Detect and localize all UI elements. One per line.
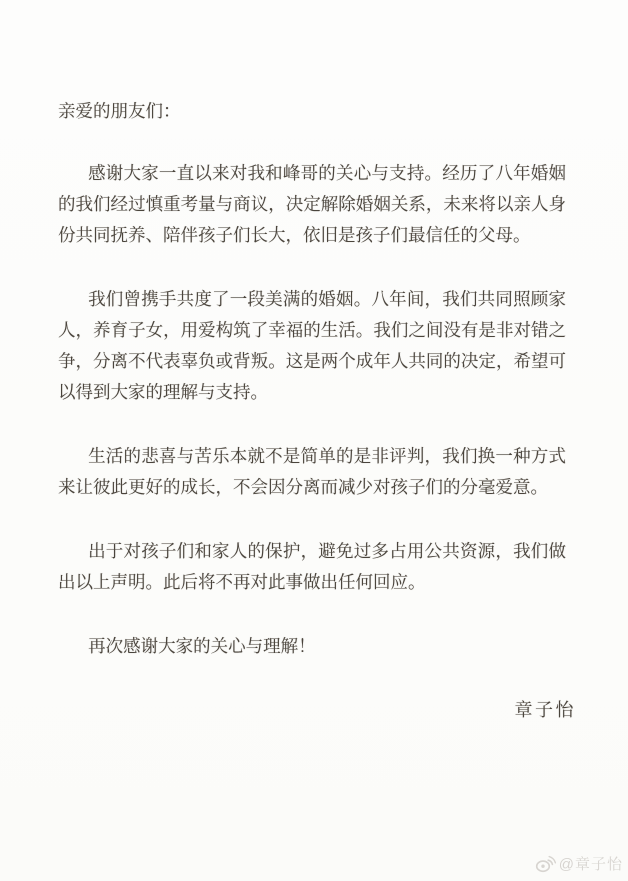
letter-line: 出以上声明。此后将不再对此事做出任何回应。 (58, 567, 566, 598)
letter-line: 争，分离不代表辜负或背叛。这是两个成年人共同的决定，希望可 (58, 346, 566, 377)
letter-line: 再次感谢大家的关心与理解！ (58, 631, 566, 662)
watermark: @章子怡 (535, 853, 623, 874)
signature: 章子怡 (58, 695, 576, 726)
salutation-text: 亲爱的朋友们： (58, 101, 181, 121)
salutation-line: 亲爱的朋友们： (58, 96, 566, 127)
letter-line: 的我们经过慎重考量与商议，决定解除婚姻关系，未来将以亲人身 (58, 189, 566, 220)
letter-line: 感谢大家一直以来对我和峰哥的关心与支持。经历了八年婚姻 (58, 158, 566, 189)
paragraph: 出于对孩子们和家人的保护，避免过多占用公共资源，我们做 出以上声明。此后将不再对… (58, 536, 566, 598)
letter-line: 出于对孩子们和家人的保护，避免过多占用公共资源，我们做 (58, 536, 566, 567)
paragraph: 生活的悲喜与苦乐本就不是简单的是非评判，我们换一种方式 来让彼此更好的成长，不会… (58, 441, 566, 503)
letter-line: 以得到大家的理解与支持。 (58, 377, 566, 408)
letter-line: 人，养育子女，用爱构筑了幸福的生活。我们之间没有是非对错之 (58, 315, 566, 346)
watermark-handle: @章子怡 (559, 853, 623, 874)
letter-document: 亲爱的朋友们： 感谢大家一直以来对我和峰哥的关心与支持。经历了八年婚姻 的我们经… (0, 0, 628, 881)
letter-line: 份共同抚养、陪伴孩子们长大，依旧是孩子们最信任的父母。 (58, 220, 566, 251)
letter-line: 我们曾携手共度了一段美满的婚姻。八年间，我们共同照顾家 (58, 284, 566, 315)
paragraph: 我们曾携手共度了一段美满的婚姻。八年间，我们共同照顾家 人，养育子女，用爱构筑了… (58, 284, 566, 408)
paragraph: 感谢大家一直以来对我和峰哥的关心与支持。经历了八年婚姻 的我们经过慎重考量与商议… (58, 158, 566, 251)
letter-body: 亲爱的朋友们： 感谢大家一直以来对我和峰哥的关心与支持。经历了八年婚姻 的我们经… (58, 96, 566, 726)
weibo-icon (535, 855, 556, 873)
paragraph: 再次感谢大家的关心与理解！ (58, 631, 566, 662)
letter-line: 来让彼此更好的成长，不会因分离而减少对孩子们的分毫爱意。 (58, 472, 566, 503)
letter-line: 生活的悲喜与苦乐本就不是简单的是非评判，我们换一种方式 (58, 441, 566, 472)
